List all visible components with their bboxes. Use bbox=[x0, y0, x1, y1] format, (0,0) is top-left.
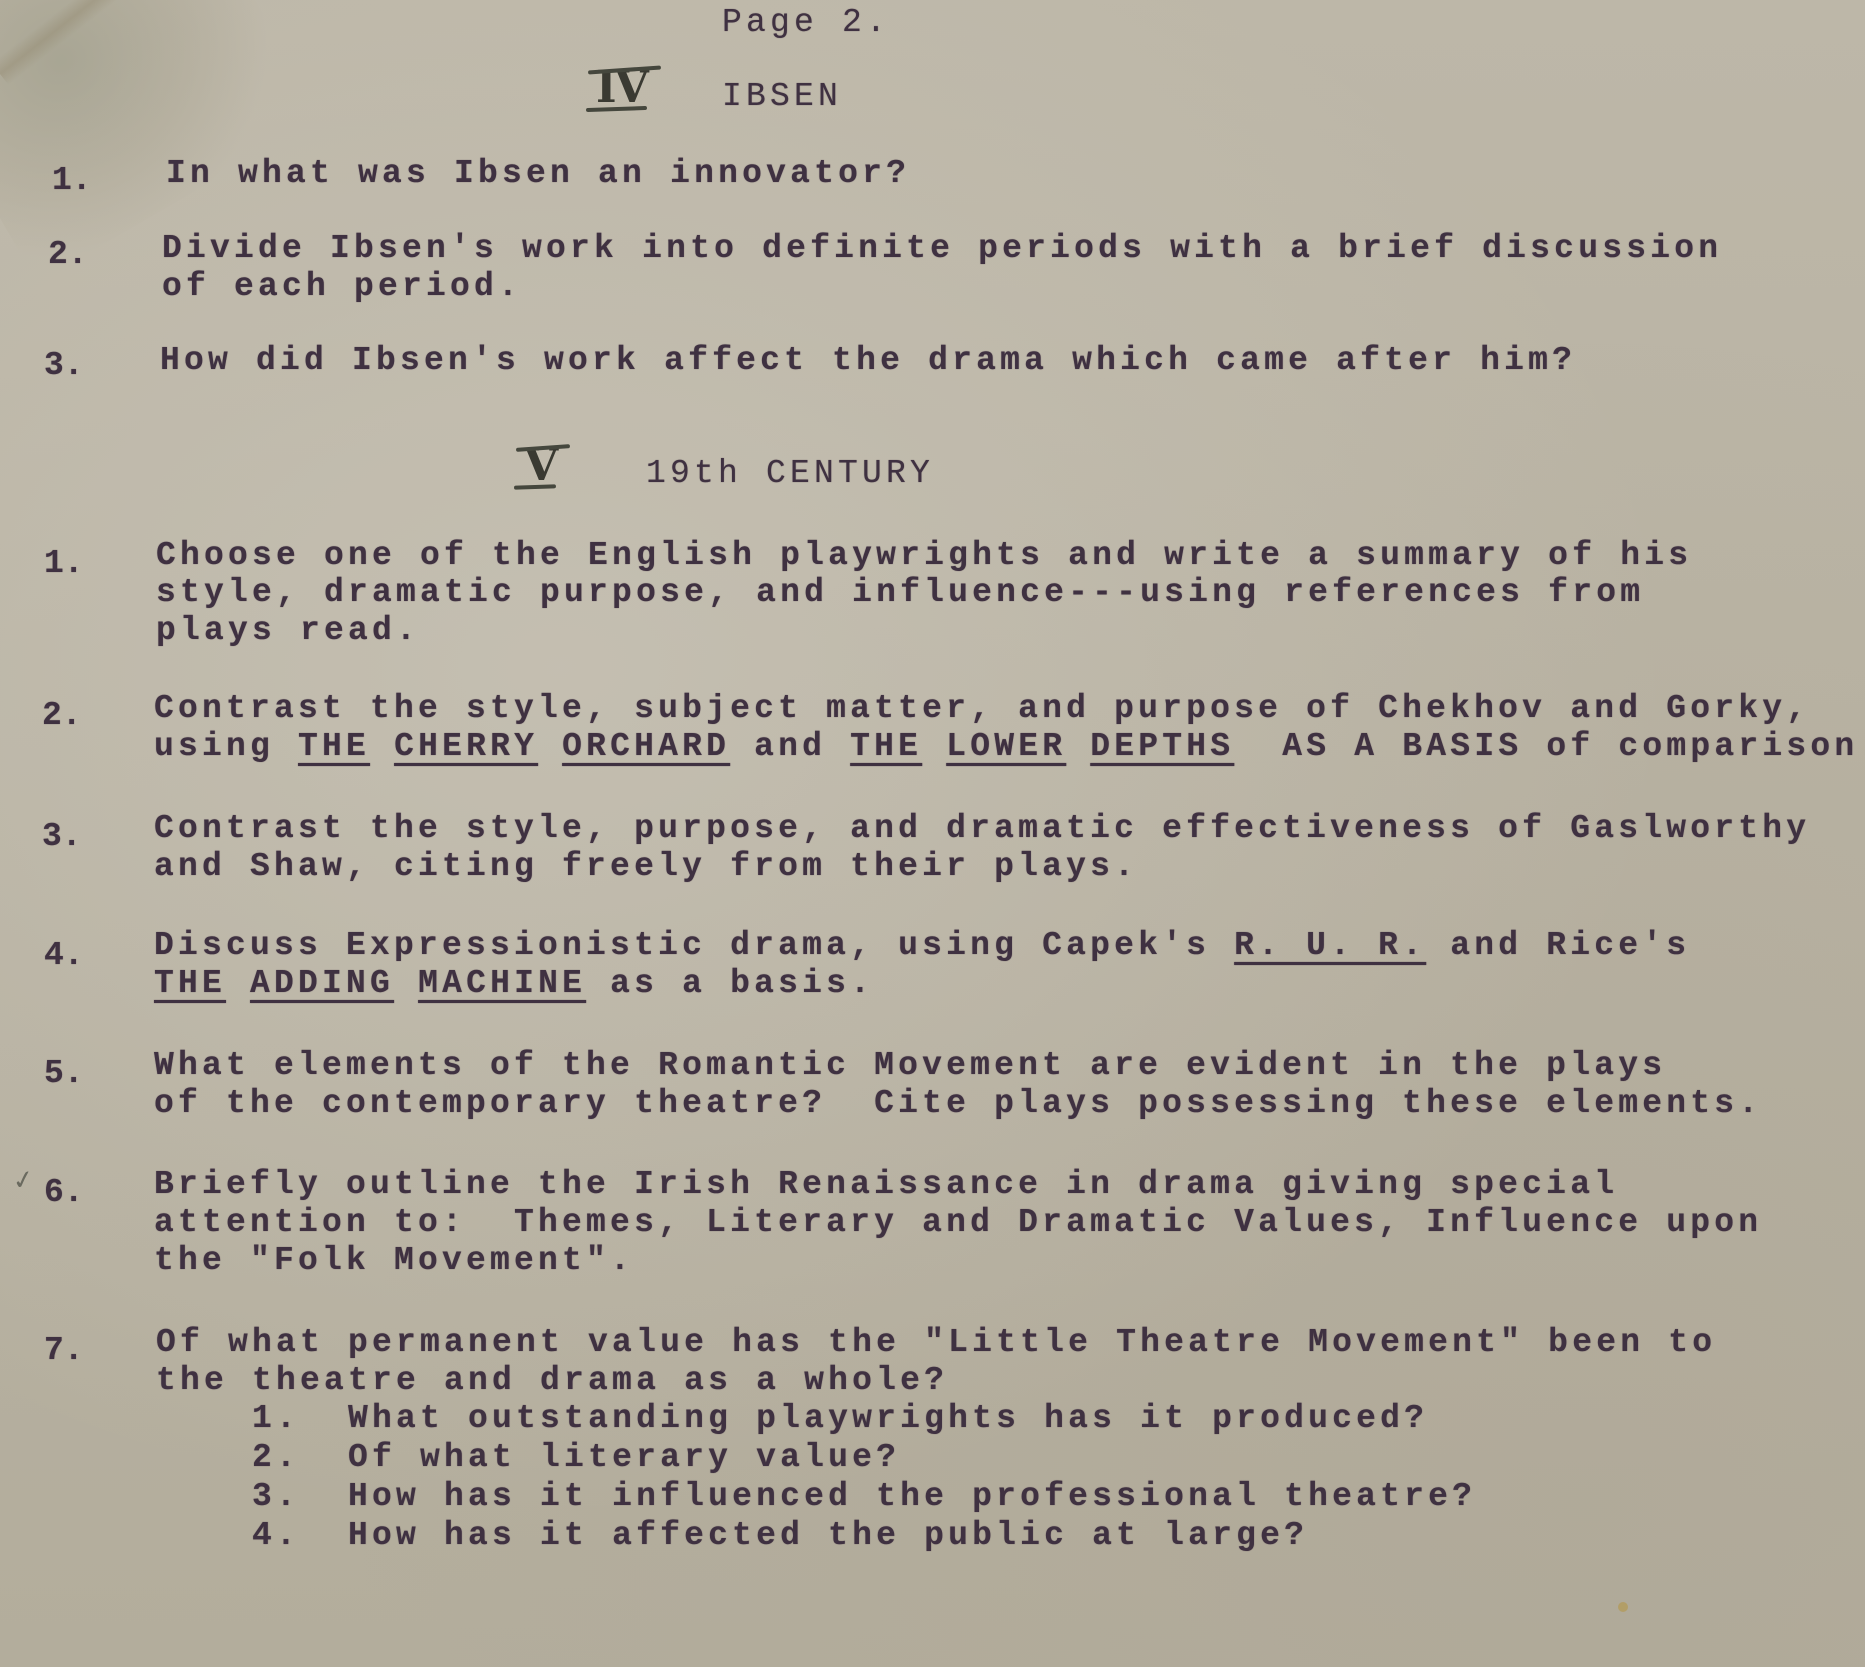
sub-question-number: 4. bbox=[252, 1517, 300, 1554]
question-text: Of what permanent value has the "Little … bbox=[156, 1324, 1716, 1361]
question-text: In what was Ibsen an innovator? bbox=[166, 155, 910, 192]
section-numeral-v: V bbox=[524, 440, 556, 491]
sub-question-text: How has it influenced the professional t… bbox=[348, 1478, 1476, 1515]
sub-question-number: 3. bbox=[252, 1478, 300, 1515]
text-run bbox=[394, 965, 418, 1002]
underlined-title: CHERRY bbox=[394, 728, 538, 765]
question-text: using THE CHERRY ORCHARD and THE LOWER D… bbox=[154, 728, 1865, 765]
question-text: How did Ibsen's work affect the drama wh… bbox=[160, 342, 1576, 379]
sub-question: 4. How has it affected the public at lar… bbox=[252, 1517, 1308, 1554]
sub-question-number: 1. bbox=[252, 1400, 300, 1437]
question-text: What elements of the Romantic Movement a… bbox=[154, 1047, 1666, 1084]
text-run: and bbox=[730, 728, 850, 765]
question-number: 3. bbox=[42, 818, 82, 855]
question-text: Choose one of the English playwrights an… bbox=[156, 537, 1692, 574]
page-header: Page 2. bbox=[722, 4, 890, 41]
underlined-title: DEPTHS bbox=[1090, 728, 1234, 765]
question-number: 1. bbox=[52, 162, 92, 199]
sub-question-text: How has it affected the public at large? bbox=[348, 1517, 1308, 1554]
sub-question-text: Of what literary value? bbox=[348, 1439, 900, 1476]
question-number: 5. bbox=[44, 1055, 84, 1092]
question-number: 2. bbox=[48, 236, 88, 273]
underlined-title: LOWER bbox=[946, 728, 1066, 765]
question-text: the "Folk Movement". bbox=[154, 1242, 634, 1279]
sub-question: 2. Of what literary value? bbox=[252, 1439, 900, 1476]
underlined-title: ADDING bbox=[250, 965, 394, 1002]
text-run: and Rice's bbox=[1426, 927, 1690, 964]
text-run: Discuss Expressionistic drama, using Cap… bbox=[154, 927, 1234, 964]
underlined-title: ORCHARD bbox=[562, 728, 730, 765]
text-run: as a basis. bbox=[586, 965, 874, 1002]
question-number: 4. bbox=[44, 937, 84, 974]
section-numeral-iv: IV bbox=[596, 62, 647, 113]
underlined-title: R. U. R. bbox=[1234, 927, 1426, 964]
text-run: using bbox=[154, 728, 298, 765]
underlined-title: THE bbox=[154, 965, 226, 1002]
text-run bbox=[922, 728, 946, 765]
question-number: 1. bbox=[44, 545, 84, 582]
question-number: 2. bbox=[42, 697, 82, 734]
paper-speck bbox=[1618, 1602, 1628, 1612]
sub-question-text: What outstanding playwrights has it prod… bbox=[348, 1400, 1428, 1437]
text-run bbox=[226, 965, 250, 1002]
question-text: THE ADDING MACHINE as a basis. bbox=[154, 965, 874, 1002]
question-text: of the contemporary theatre? Cite plays … bbox=[154, 1085, 1762, 1122]
question-text: Contrast the style, subject matter, and … bbox=[154, 690, 1810, 727]
sub-question-number: 2. bbox=[252, 1439, 300, 1476]
text-run bbox=[538, 728, 562, 765]
question-text: plays read. bbox=[156, 612, 420, 649]
question-number: 3. bbox=[44, 347, 84, 384]
underlined-title: THE bbox=[850, 728, 922, 765]
text-run bbox=[370, 728, 394, 765]
check-mark-icon: ✓ bbox=[10, 1163, 44, 1192]
text-run bbox=[1066, 728, 1090, 765]
section-title-19th-century: 19th CENTURY bbox=[646, 455, 934, 492]
question-text: Briefly outline the Irish Renaissance in… bbox=[154, 1166, 1618, 1203]
question-number: 6. bbox=[44, 1174, 84, 1211]
question-number: 7. bbox=[44, 1332, 84, 1369]
text-run: AS A BASIS of comparison. bbox=[1234, 728, 1865, 765]
sub-question: 3. How has it influenced the professiona… bbox=[252, 1478, 1476, 1515]
section-title-ibsen: IBSEN bbox=[722, 78, 842, 115]
sub-question: 1. What outstanding playwrights has it p… bbox=[252, 1400, 1428, 1437]
question-text: attention to: Themes, Literary and Drama… bbox=[154, 1204, 1762, 1241]
question-text: Divide Ibsen's work into definite period… bbox=[162, 230, 1722, 267]
question-text: style, dramatic purpose, and influence--… bbox=[156, 574, 1644, 611]
question-text: the theatre and drama as a whole? bbox=[156, 1362, 948, 1399]
underlined-title: THE bbox=[298, 728, 370, 765]
question-text: Discuss Expressionistic drama, using Cap… bbox=[154, 927, 1690, 964]
question-text: Contrast the style, purpose, and dramati… bbox=[154, 810, 1810, 847]
underlined-title: MACHINE bbox=[418, 965, 586, 1002]
question-text: and Shaw, citing freely from their plays… bbox=[154, 848, 1138, 885]
question-text: of each period. bbox=[162, 268, 522, 305]
